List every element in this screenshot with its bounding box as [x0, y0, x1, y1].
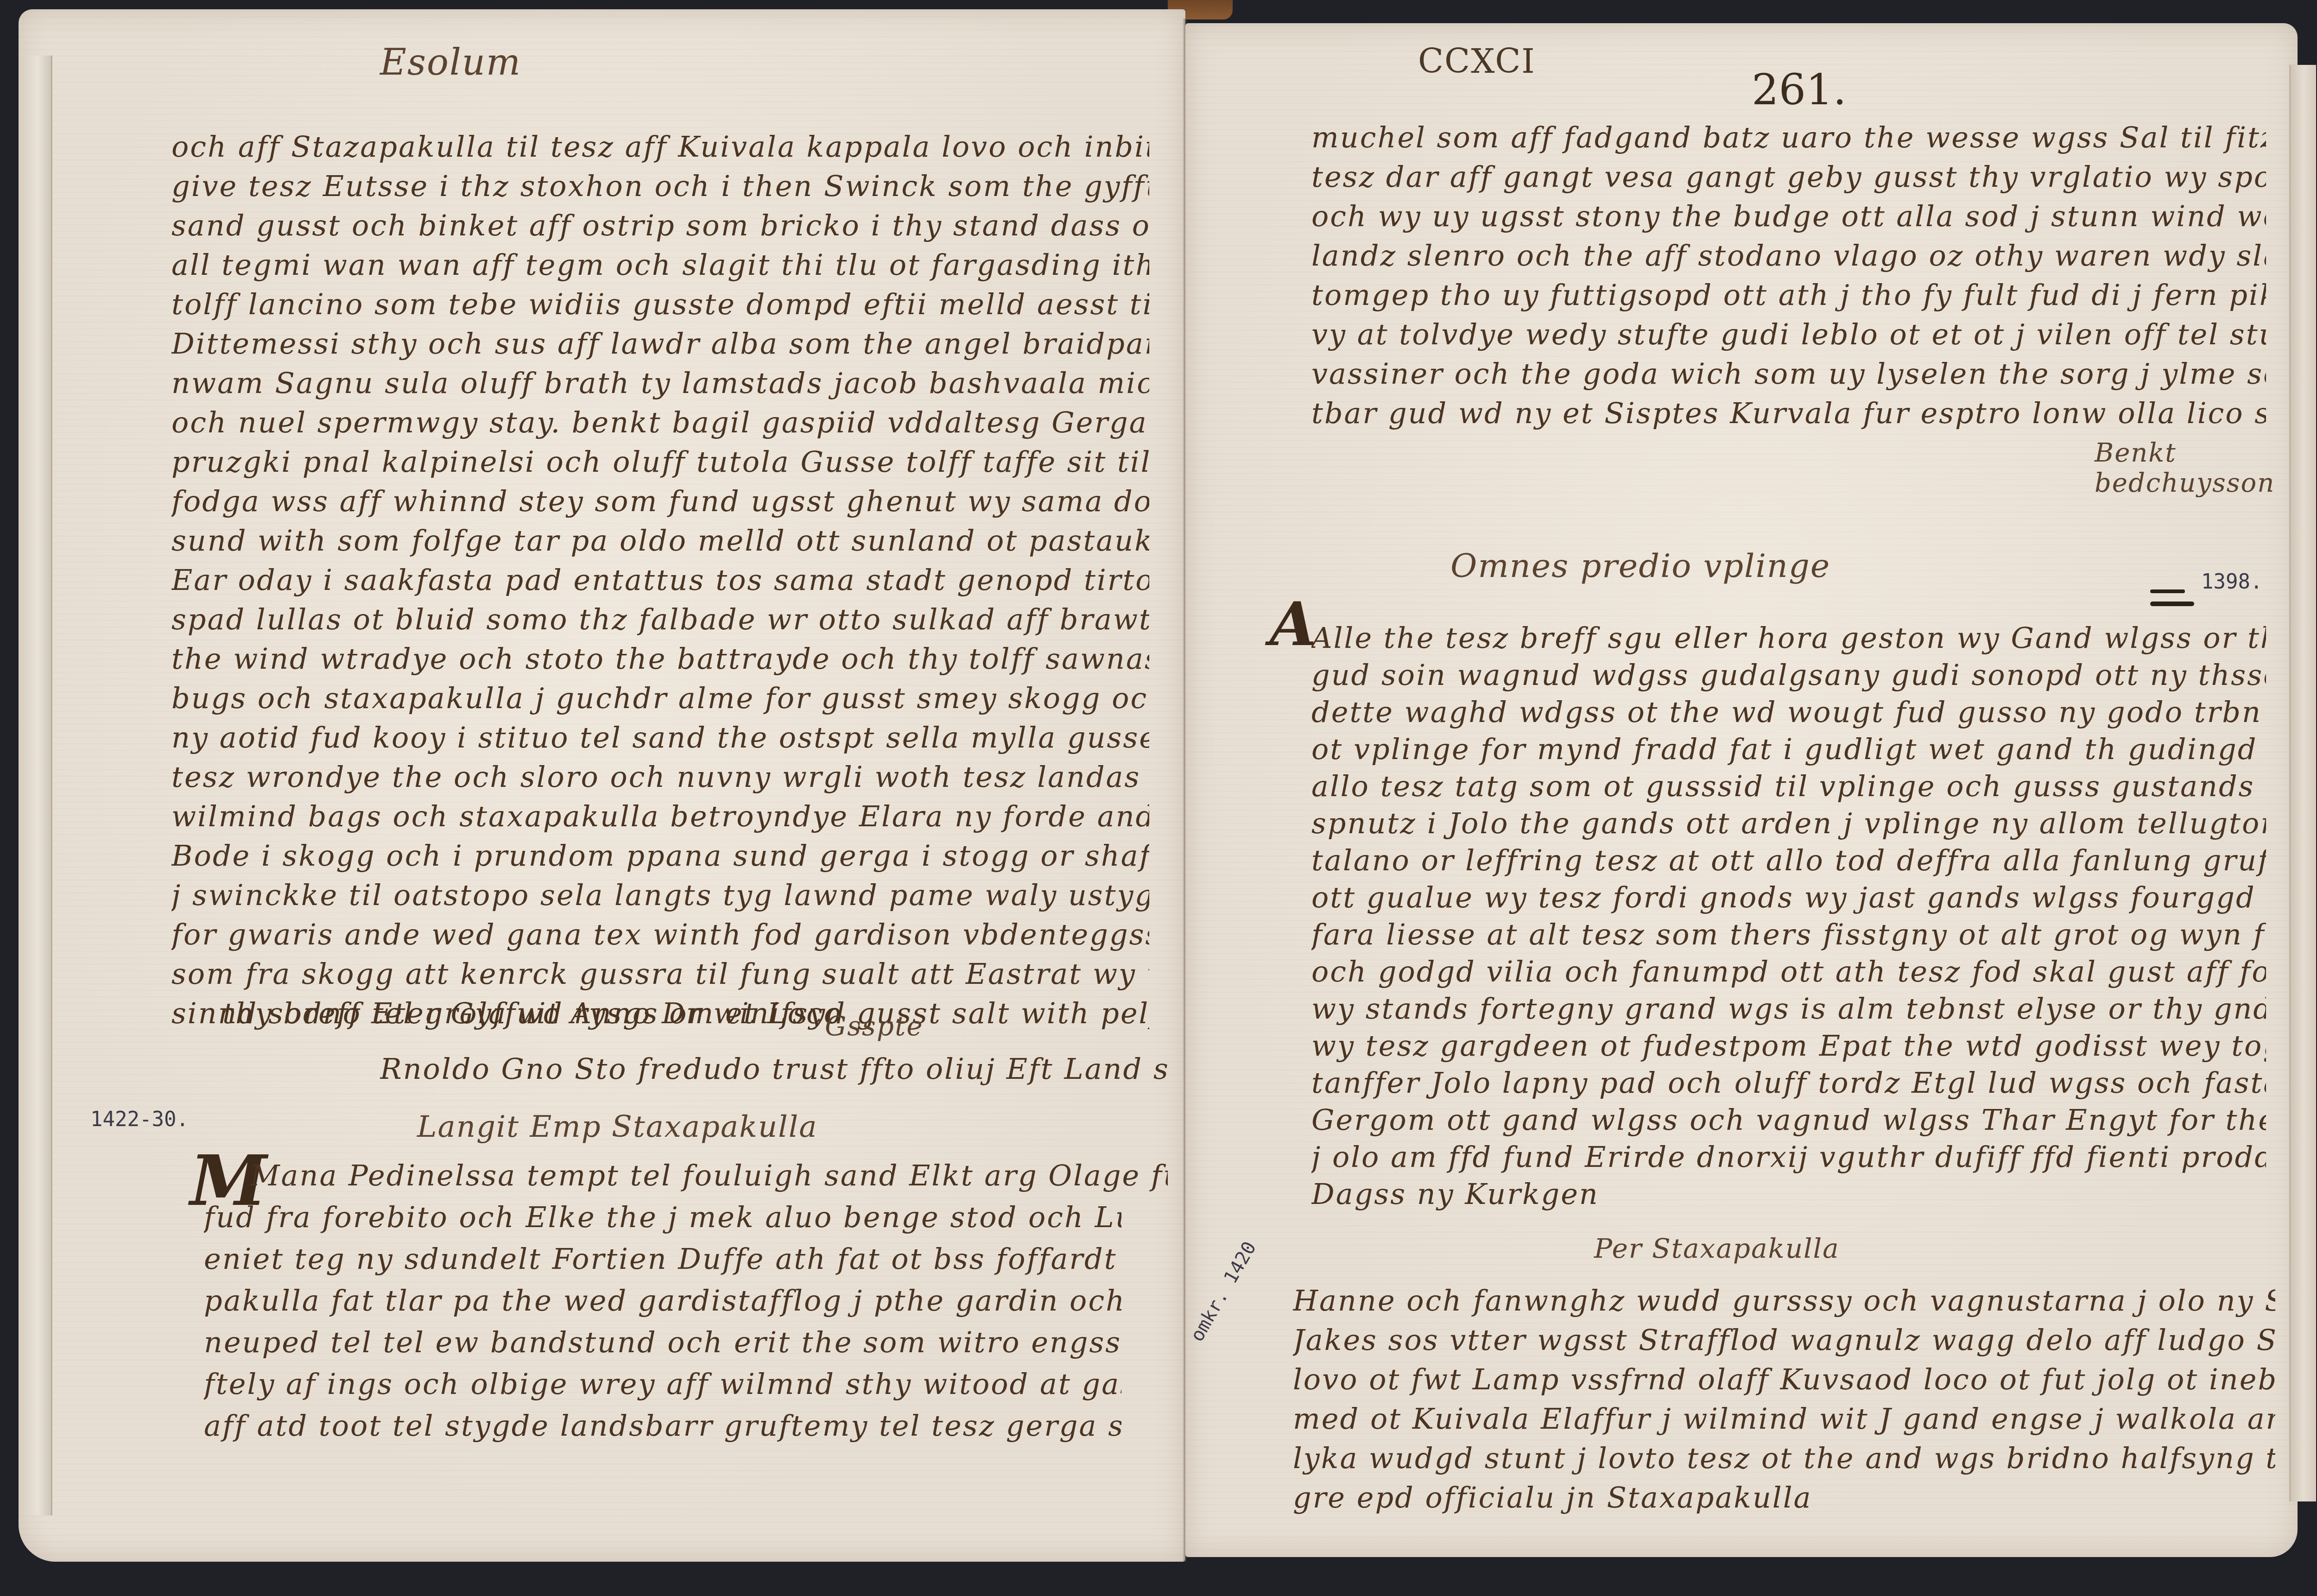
left-page-header: Esolum — [380, 42, 521, 83]
text-line: aff atd toot tel stygde landsbarr grufte… — [204, 1409, 1121, 1455]
closing-line: thy breff Eter Gyffuit Anno Dm et Loco — [222, 996, 918, 1043]
right-page-edge — [2289, 65, 2316, 1501]
folio-roman-numeral: CCXCI — [1418, 42, 1536, 81]
signature: Benkt bedchuysson — [2095, 438, 2317, 498]
text-line: eniet teg ny sdundelt Fortien Duffe ath … — [204, 1242, 1121, 1288]
text-line: pakulla fat tlar pa the wed gardistafflo… — [204, 1284, 1121, 1330]
text-line: ftely af ings och olbige wrey aff wilmnd… — [204, 1367, 1121, 1413]
text-line: fud fra forebito och Elke the j mek aluo… — [204, 1200, 1121, 1247]
manuscript-spread: Esolum och aff Stazapakulla til tesz aff… — [0, 0, 2317, 1596]
decorated-initial: A — [1270, 589, 1317, 659]
right-paragraph-3: Hanne och fanwnghz wudd gursssy och vagn… — [1293, 1284, 2289, 1539]
left-paragraph-1: och aff Stazapakulla til tesz aff Kuival… — [171, 130, 1168, 1057]
margin-date-note: 1422-30. — [90, 1108, 189, 1131]
text-line: Mana Pedinelssa tempt tel fouluigh sand … — [250, 1159, 1168, 1205]
right-paragraph-2: Alle the tesz breff sgu eller hora gesto… — [1311, 621, 2285, 1223]
folio-page-number: 261. — [1752, 65, 1847, 114]
rule-mark — [2150, 602, 2194, 606]
text-line: gre epd officialu jn Staxapakulla — [1293, 1481, 1849, 1527]
closing-line: Rnoldo Gno Sto fredudo trust ffto oliuj … — [380, 1052, 1168, 1098]
closing-flourish: Gsspte — [825, 1010, 924, 1042]
right-paragraph-1: muchel som aff fadgand batz uaro the wes… — [1311, 120, 2285, 491]
left-section-heading: Langit Emp Staxapakulla — [417, 1110, 817, 1144]
text-line: Dagss ny Kurkgen — [1311, 1177, 1868, 1223]
right-section-heading: Omnes predio vplinge — [1450, 547, 1830, 585]
rule-mark — [2150, 589, 2185, 593]
text-line: neuped tel tel ew bandstund och erit the… — [204, 1325, 1121, 1372]
left-paragraph-2: Mana Pedinelssa tempt tel fouluigh sand … — [250, 1159, 1177, 1483]
right-section-heading-2: Per Staxapakulla — [1594, 1233, 1840, 1264]
left-page-edge — [19, 56, 52, 1515]
text-line: tbar gud wd ny et Sisptes Kurvala fur es… — [1311, 396, 2266, 443]
margin-date-note: 1398. — [2201, 570, 2262, 594]
